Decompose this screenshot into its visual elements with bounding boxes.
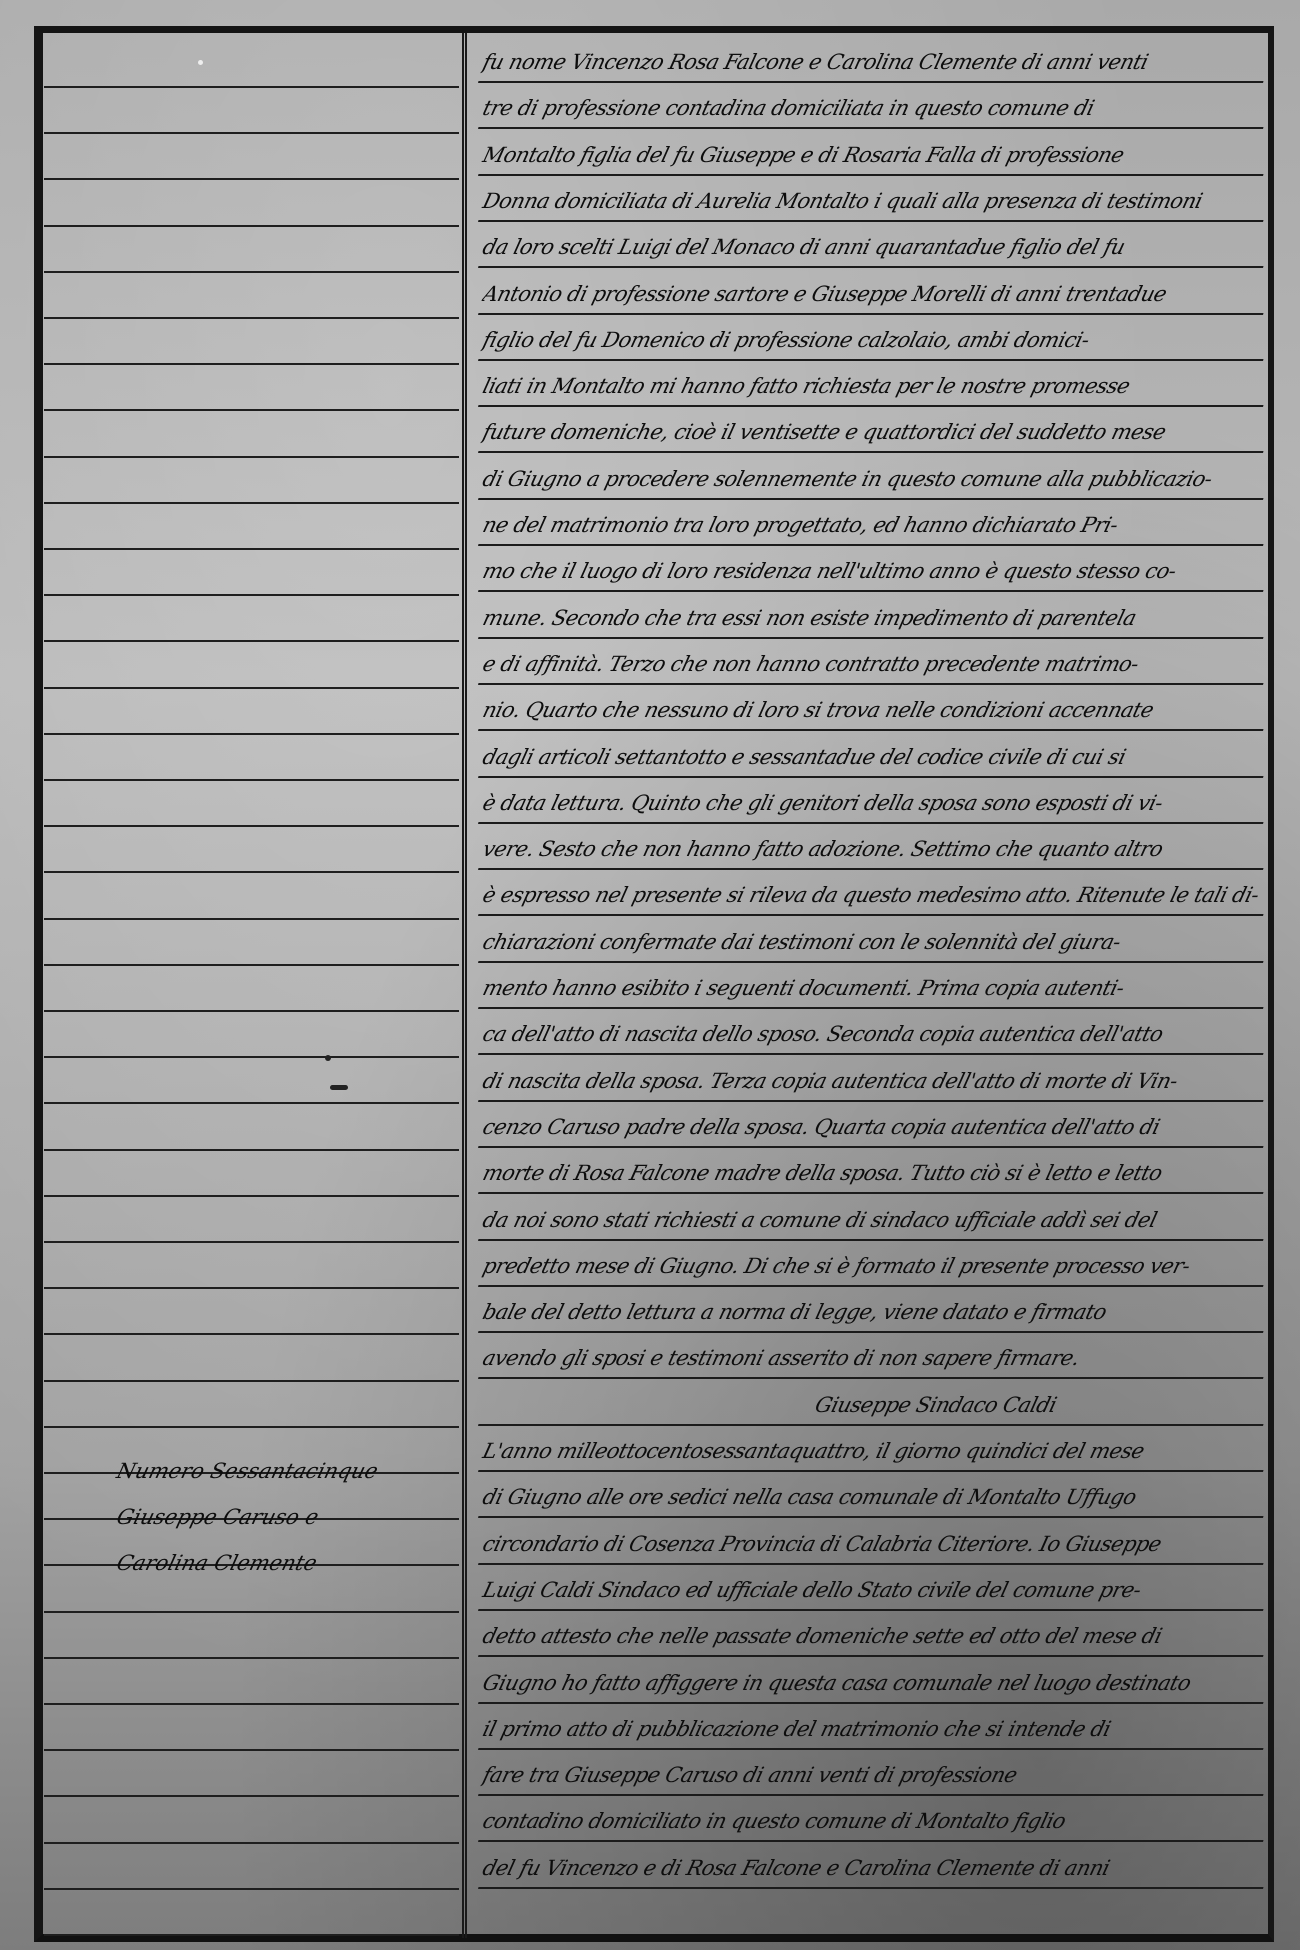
act-1-text-line: cenzo Caruso padre della sposa. Quarta c… bbox=[478, 1102, 1274, 1148]
margin-ruled-line bbox=[44, 640, 459, 642]
margin-ruled-line bbox=[44, 363, 459, 365]
act-1-text-line: è espresso nel presente si rileva da que… bbox=[478, 870, 1274, 916]
margin-ruled-line bbox=[44, 502, 459, 504]
act-1-text-line: mune. Secondo che tra essi non esiste im… bbox=[478, 593, 1274, 639]
margin-ruled-line bbox=[44, 918, 459, 920]
act-1-text-line: da noi sono stati richiesti a comune di … bbox=[478, 1195, 1274, 1241]
main-text-column: fu nome Vincenzo Rosa Falcone e Carolina… bbox=[470, 33, 1265, 1938]
act-1-text-line: ca dell'atto di nascita dello sposo. Sec… bbox=[478, 1009, 1274, 1055]
act-2-text-line: del fu Vincenzo e di Rosa Falcone e Caro… bbox=[478, 1843, 1274, 1889]
margin-ruled-line bbox=[44, 1056, 459, 1058]
act-1-text-line: mo che il luogo di loro residenza nell'u… bbox=[478, 546, 1274, 592]
act-2-text-line: contadino domiciliato in questo comune d… bbox=[478, 1796, 1274, 1842]
margin-ruled-line bbox=[44, 1241, 459, 1243]
margin-note-line: Carolina Clemente bbox=[112, 1538, 463, 1584]
margin-ruled-line bbox=[44, 225, 459, 227]
margin-ruled-line bbox=[44, 825, 459, 827]
act-1-text-line: figlio del fu Domenico di professione ca… bbox=[478, 315, 1274, 361]
margin-ruled-line bbox=[44, 178, 459, 180]
act-1-text-line: Antonio di professione sartore e Giusepp… bbox=[478, 269, 1274, 315]
register-page: Numero SessantacinqueGiuseppe Caruso eCa… bbox=[0, 0, 1300, 1950]
act-1-text-line: nio. Quarto che nessuno di loro si trova… bbox=[478, 685, 1274, 731]
margin-ruled-line bbox=[44, 86, 459, 88]
act-1-text-line: liati in Montalto mi hanno fatto richies… bbox=[478, 361, 1274, 407]
act-1-text-line: ne del matrimonio tra loro progettato, e… bbox=[478, 500, 1274, 546]
act-1-text-line: future domeniche, cioè il ventisette e q… bbox=[478, 407, 1274, 453]
margin-ruled-line bbox=[44, 1795, 459, 1797]
column-divider bbox=[462, 33, 467, 1938]
act-1-text-line: da loro scelti Luigi del Monaco di anni … bbox=[478, 222, 1274, 268]
margin-ruled-line bbox=[44, 1010, 459, 1012]
margin-ruled-line bbox=[44, 594, 459, 596]
margin-ruled-line bbox=[44, 1102, 459, 1104]
margin-ruled-line bbox=[44, 1195, 459, 1197]
margin-ruled-line bbox=[44, 132, 459, 134]
margin-ruled-line bbox=[44, 1333, 459, 1335]
margin-ruled-line bbox=[44, 1703, 459, 1705]
margin-ruled-line bbox=[44, 1657, 459, 1659]
signature-line: Giuseppe Sindaco Caldi bbox=[478, 1380, 1274, 1426]
act-2-text-line: Luigi Caldi Sindaco ed ufficiale dello S… bbox=[478, 1565, 1274, 1611]
margin-ruled-line bbox=[44, 687, 459, 689]
act-1-text-line: è data lettura. Quinto che gli genitori … bbox=[478, 778, 1274, 824]
act-1-text-line: Montalto figlia del fu Giuseppe e di Ros… bbox=[478, 130, 1274, 176]
margin-ruled-line bbox=[44, 1934, 459, 1936]
act-1-text-line: Donna domiciliata di Aurelia Montalto i … bbox=[478, 176, 1274, 222]
paper-spot bbox=[198, 60, 203, 65]
margin-ruled-line bbox=[44, 871, 459, 873]
act-1-text-line: di Giugno a procedere solennemente in qu… bbox=[478, 454, 1274, 500]
act-2-text-line: L'anno milleottocentosessantaquattro, il… bbox=[478, 1426, 1274, 1472]
ink-speck bbox=[325, 1055, 331, 1061]
act-1-text-line: mento hanno esibito i seguenti documenti… bbox=[478, 963, 1274, 1009]
act-2-text-line: il primo atto di pubblicazione del matri… bbox=[478, 1704, 1274, 1750]
margin-ruled-line bbox=[44, 1842, 459, 1844]
margin-ruled-line bbox=[44, 409, 459, 411]
act-1-text-line: e di affinità. Terzo che non hanno contr… bbox=[478, 639, 1274, 685]
act-2-text-line: circondario di Cosenza Provincia di Cala… bbox=[478, 1519, 1274, 1565]
margin-ruled-line bbox=[44, 1426, 459, 1428]
margin-ruled-line bbox=[44, 548, 459, 550]
ink-mark bbox=[330, 1085, 348, 1090]
act-1-text-line: avendo gli sposi e testimoni asserito di… bbox=[478, 1333, 1274, 1379]
act-1-text-line: chiarazioni confermate dai testimoni con… bbox=[478, 917, 1274, 963]
act-1-text-line: vere. Sesto che non hanno fatto adozione… bbox=[478, 824, 1274, 870]
act-1-text-line: bale del detto lettura a norma di legge,… bbox=[478, 1287, 1274, 1333]
act-2-text-line: detto attesto che nelle passate domenich… bbox=[478, 1611, 1274, 1657]
margin-ruled-line bbox=[44, 1287, 459, 1289]
act-1-text-line: dagli articoli settantotto e sessantadue… bbox=[478, 732, 1274, 778]
margin-ruled-line bbox=[44, 1149, 459, 1151]
margin-ruled-line bbox=[44, 271, 459, 273]
act-2-text-line: fare tra Giuseppe Caruso di anni venti d… bbox=[478, 1750, 1274, 1796]
act-1-text-line: di nascita della sposa. Terza copia aute… bbox=[478, 1056, 1274, 1102]
margin-ruled-line bbox=[44, 1888, 459, 1890]
act-1-text-line: morte di Rosa Falcone madre della sposa.… bbox=[478, 1148, 1274, 1194]
act-2-text-line: Giugno ho fatto affiggere in questa casa… bbox=[478, 1658, 1274, 1704]
margin-note-line: Giuseppe Caruso e bbox=[112, 1492, 463, 1538]
margin-ruled-line bbox=[44, 733, 459, 735]
margin-ruled-line bbox=[44, 1749, 459, 1751]
margin-ruled-line bbox=[44, 964, 459, 966]
margin-column: Numero SessantacinqueGiuseppe Caruso eCa… bbox=[44, 33, 462, 1938]
margin-ruled-line bbox=[44, 317, 459, 319]
act-1-text-line: fu nome Vincenzo Rosa Falcone e Carolina… bbox=[478, 37, 1274, 83]
act-1-text-line: predetto mese di Giugno. Di che si è for… bbox=[478, 1241, 1274, 1287]
margin-ruled-line bbox=[44, 1380, 459, 1382]
margin-ruled-line bbox=[44, 456, 459, 458]
act-2-text-line: di Giugno alle ore sedici nella casa com… bbox=[478, 1472, 1274, 1518]
margin-ruled-line bbox=[44, 779, 459, 781]
act-1-text-line: tre di professione contadina domiciliata… bbox=[478, 83, 1274, 129]
margin-ruled-line bbox=[44, 1611, 459, 1613]
margin-note-line: Numero Sessantacinque bbox=[112, 1446, 463, 1492]
